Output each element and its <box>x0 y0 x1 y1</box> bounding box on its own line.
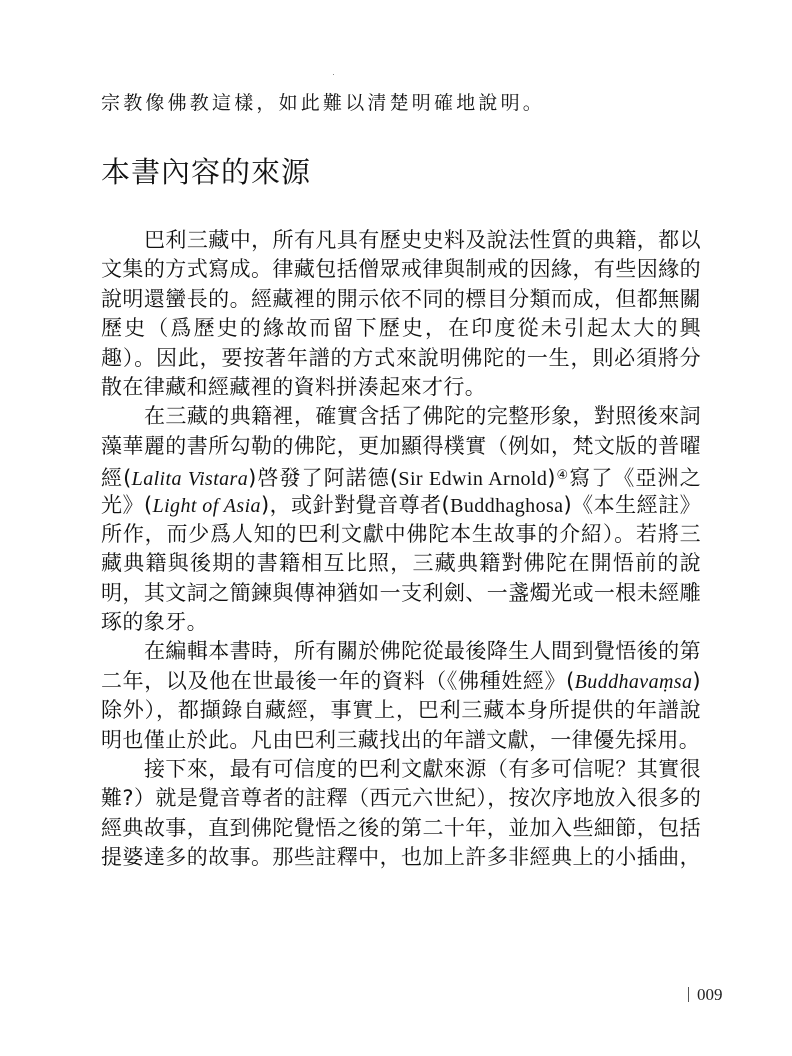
text-line-mixed: 光》(Light of Asia)，或針對覺音尊者(Buddhaghosa)《本… <box>101 491 701 520</box>
section-heading: 本書內容的來源 <box>101 150 311 191</box>
text-line: 藻華麗的書所勾勒的佛陀，更加顯得樸實（例如，梵文版的普曜 <box>101 432 701 461</box>
text-line: 明也僅止於此。凡由巴利三藏找出的年譜文獻，一律優先採用。 <box>101 726 701 755</box>
name-buddhaghosa: Buddhaghosa <box>450 495 563 517</box>
title-light-of-asia: Light of Asia <box>153 495 261 517</box>
carry-over-line: 宗教像佛教這樣，如此難以清楚明確地說明。 <box>101 88 545 115</box>
text-line: 提婆達多的故事。那些註釋中，也加上許多非經典上的小插曲， <box>101 843 701 872</box>
body-text: 巴利三藏中，所有凡具有歷史史料及說法性質的典籍，都以 文集的方式寫成。律藏包括僧… <box>101 226 701 873</box>
title-buddhavamsa: Buddhavaṃsa <box>575 671 693 693</box>
text-line: 在編輯本書時，所有關於佛陀從最後降生人間到覺悟後的第 <box>101 637 701 666</box>
text-line: 除外），都擷錄自藏經，事實上，巴利三藏本身所提供的年譜說 <box>101 696 701 725</box>
text-line: 接下來，最有可信度的巴利文獻來源（有多可信呢？其實很 <box>101 755 701 784</box>
page-number: 009 <box>688 985 723 1005</box>
text-line: 明，其文詞之簡鍊與傳神猶如一支利劍、一盞燭光或一根未經雕 <box>101 579 701 608</box>
folio-divider <box>688 987 689 1002</box>
text-line: 散在律藏和經藏裡的資料拼湊起來才行。 <box>101 373 701 402</box>
book-page: 宗教像佛教這樣，如此難以清楚明確地說明。 本書內容的來源 巴利三藏中，所有凡具有… <box>0 0 792 1056</box>
text-line: 琢的象牙。 <box>101 608 701 637</box>
name-edwin-arnold: Sir Edwin Arnold <box>398 468 547 490</box>
text-line-mixed: 經(Lalita Vistara)啓發了阿諾德(Sir Edwin Arnold… <box>101 461 701 490</box>
text-line: 藏典籍與後期的書籍相互比照，三藏典籍對佛陀在開悟前的說 <box>101 549 701 578</box>
text-line: 在三藏的典籍裡，確實含括了佛陀的完整形象，對照後來詞 <box>101 402 701 431</box>
scan-speck <box>333 74 334 75</box>
text-line: 經典故事，直到佛陀覺悟之後的第二十年，並加入些細節，包括 <box>101 814 701 843</box>
text-line-mixed: 二年，以及他在世最後一年的資料（《佛種姓經》(Buddhavaṃsa) <box>101 667 701 696</box>
title-lalita-vistara: Lalita Vistara <box>132 468 248 490</box>
footnote-marker: ④ <box>556 468 569 483</box>
text-line: 巴利三藏中，所有凡具有歷史史料及說法性質的典籍，都以 <box>101 226 701 255</box>
text-line: 說明還蠻長的。經藏裡的開示依不同的標目分類而成，但都無關 <box>101 285 701 314</box>
text-line: 難?）就是覺音尊者的註釋（西元六世紀），按次序地放入很多的 <box>101 784 701 813</box>
text-line: 趣）。因此，要按著年譜的方式來說明佛陀的一生，則必須將分 <box>101 344 701 373</box>
text-line: 文集的方式寫成。律藏包括僧眾戒律與制戒的因緣，有些因緣的 <box>101 255 701 284</box>
text-line: 所作，而少爲人知的巴利文獻中佛陀本生故事的介紹）。若將三 <box>101 520 701 549</box>
text-line: 歷史（爲歷史的緣故而留下歷史，在印度從未引起太大的興 <box>101 314 701 343</box>
